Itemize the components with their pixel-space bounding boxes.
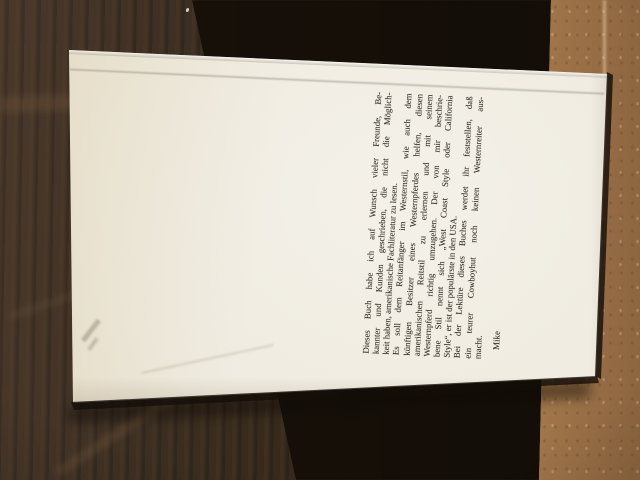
back-cover-text-lines: Dieses Buch habe ich auf Wunsch vieler F… (361, 92, 496, 360)
cover-surface (60, 42, 618, 410)
back-cover-text: Dieses Buch habe ich auf Wunsch vieler F… (361, 92, 516, 361)
photo-of-book-on-table: Dieses Buch habe ich auf Wunsch vieler F… (0, 0, 640, 480)
book-back-cover: Dieses Buch habe ich auf Wunsch vieler F… (60, 42, 618, 410)
